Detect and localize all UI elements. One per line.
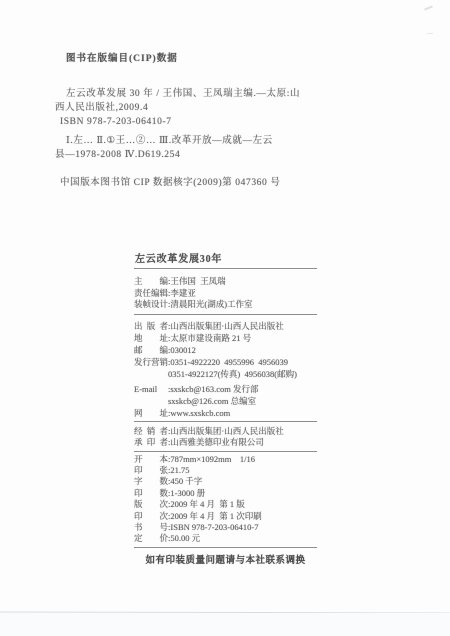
row-postcode: 邮 编:030012 — [134, 344, 317, 356]
scan-artifact — [424, 5, 433, 10]
row-responsible-editor: 责任编辑:李建亚 — [134, 288, 317, 300]
row-label: 出 版 者 — [134, 320, 168, 332]
cip-record-number: 中国版本图书馆 CIP 数据核字(2009)第 047360 号 — [55, 176, 390, 190]
row-value: 李建亚 — [170, 288, 196, 298]
distribution-section: 经 销 者:山西出版集团·山西人民出版社 承 印 者:山西雅美德印业有限公司 — [134, 426, 317, 449]
row-value: 山西出版集团·山西人民出版社 — [170, 426, 283, 436]
row-price: 定 价:50.00 元 — [134, 533, 317, 544]
row-value: 030012 — [170, 345, 196, 355]
row-value: sxskcb@126.com 总编室 — [168, 396, 256, 406]
divider — [134, 314, 317, 315]
divider — [134, 421, 317, 422]
row-sheets: 印 张:21.75 — [134, 465, 317, 476]
row-publisher: 出 版 者:山西出版集团·山西人民出版社 — [134, 320, 317, 332]
row-value: sxskcb@163.com 发行部 — [170, 384, 258, 394]
publishing-section: 出 版 者:山西出版集团·山西人民出版社 地 址:太原市建设南路 21 号 邮 … — [134, 320, 317, 419]
row-printer: 承 印 者:山西雅美德印业有限公司 — [134, 437, 317, 449]
row-label: E-mail — [134, 383, 168, 395]
row-chief-editor: 主 编:王伟国 王凤瑞 — [134, 276, 317, 288]
row-label: 印 张 — [134, 465, 168, 476]
row-sales-phone-cont: 0351-4922127(传真) 4956038(邮购) — [134, 368, 317, 380]
row-edition: 版 次:2009 年 4 月 第 1 版 — [134, 499, 317, 510]
printing-spec-section: 开 本:787mm×1092mm 1/16 印 张:21.75 字 数:450 … — [134, 454, 317, 545]
row-label: 印 次 — [134, 511, 168, 522]
row-value: 太原市建设南路 21 号 — [170, 333, 251, 343]
divider — [134, 451, 317, 452]
row-sales-phone: 发行营销:0351-4922220 4955996 4956039 — [134, 356, 317, 368]
row-book-number: 书 号:ISBN 978-7-203-06410-7 — [134, 522, 317, 533]
divider — [134, 268, 317, 269]
row-value: 清晨阳光(湖成)工作室 — [170, 299, 252, 309]
row-label: 开 本 — [134, 454, 168, 465]
row-word-count: 字 数:450 千字 — [134, 476, 317, 487]
row-label: 版 次 — [134, 499, 168, 510]
scan-artifact — [427, 33, 433, 34]
row-email-cont: sxskcb@126.com 总编室 — [134, 395, 317, 407]
divider — [134, 547, 317, 548]
row-value: 450 千字 — [170, 476, 202, 486]
row-address: 地 址:太原市建设南路 21 号 — [134, 332, 317, 344]
row-value: 0351-4922220 4955996 4956039 — [170, 357, 288, 367]
row-design: 装帧设计:清晨阳光(湖成)工作室 — [134, 299, 317, 311]
cip-isbn: ISBN 978-7-203-06410-7 — [55, 115, 390, 129]
row-value: 2009 年 4 月 第 1 版 — [170, 499, 244, 509]
quality-exchange-notice: 如有印装质量问题请与本社联系调换 — [134, 552, 317, 566]
row-value: 0351-4922127(传真) 4956038(邮购) — [168, 369, 297, 379]
cip-classification: Ⅰ.左… Ⅱ.①王…②… Ⅲ.改革开放—成就—左云 — [55, 134, 390, 148]
row-value: 1-3000 册 — [170, 488, 205, 498]
row-value: 787mm×1092mm 1/16 — [170, 454, 255, 464]
row-impression: 印 次:2009 年 4 月 第 1 次印刷 — [134, 511, 317, 522]
colophon-page: 图书在版编目(CIP)数据 左云改革发展 30 年 / 王伟国、王凤瑞主编.—太… — [0, 0, 450, 636]
cip-header: 图书在版编目(CIP)数据 — [55, 52, 390, 66]
row-label: 主 编 — [134, 276, 168, 288]
row-value: 50.00 元 — [170, 533, 200, 543]
editorial-section: 主 编:王伟国 王凤瑞 责任编辑:李建亚 装帧设计:清晨阳光(湖成)工作室 — [134, 276, 317, 311]
scan-margin — [0, 613, 450, 636]
cip-block: 图书在版编目(CIP)数据 左云改革发展 30 年 / 王伟国、王凤瑞主编.—太… — [55, 52, 390, 190]
row-distributor: 经 销 者:山西出版集团·山西人民出版社 — [134, 426, 317, 438]
row-label: 网 址 — [134, 407, 168, 419]
row-label: 经 销 者 — [134, 426, 168, 438]
row-value: 2009 年 4 月 第 1 次印刷 — [170, 511, 261, 521]
row-format: 开 本:787mm×1092mm 1/16 — [134, 454, 317, 465]
row-label: 字 数 — [134, 476, 168, 487]
row-value: 山西出版集团·山西人民出版社 — [170, 321, 283, 331]
row-value: ISBN 978-7-203-06410-7 — [170, 522, 258, 532]
row-value: 山西雅美德印业有限公司 — [170, 437, 264, 447]
book-title: 左云改革发展30年 — [135, 250, 317, 262]
row-print-run: 印 数:1-3000 册 — [134, 488, 317, 499]
row-label: 装帧设计 — [134, 299, 168, 311]
row-label: 发行营销 — [134, 356, 168, 368]
row-label: 定 价 — [134, 533, 168, 544]
row-label: 承 印 者 — [134, 437, 168, 449]
row-value: 王伟国 王凤瑞 — [170, 276, 225, 286]
row-label: 责任编辑 — [134, 288, 168, 300]
cip-classification-cont: 县—1978-2008 Ⅳ.D619.254 — [55, 148, 390, 162]
row-label: 地 址 — [134, 332, 168, 344]
row-value: www.sxskcb.com — [170, 408, 230, 418]
cip-title-statement: 左云改革发展 30 年 / 王伟国、王凤瑞主编.—太原:山 — [55, 87, 390, 101]
cip-title-statement-cont: 西人民出版社,2009.4 — [55, 101, 390, 115]
row-website: 网 址:www.sxskcb.com — [134, 407, 317, 419]
row-email: E-mail:sxskcb@163.com 发行部 — [134, 383, 317, 395]
colophon-column: 左云改革发展30年 主 编:王伟国 王凤瑞 责任编辑:李建亚 装帧设计:清晨阳光… — [134, 250, 317, 566]
row-value: 21.75 — [170, 465, 189, 475]
row-label: 邮 编 — [134, 344, 168, 356]
row-label: 印 数 — [134, 488, 168, 499]
row-label: 书 号 — [134, 522, 168, 533]
